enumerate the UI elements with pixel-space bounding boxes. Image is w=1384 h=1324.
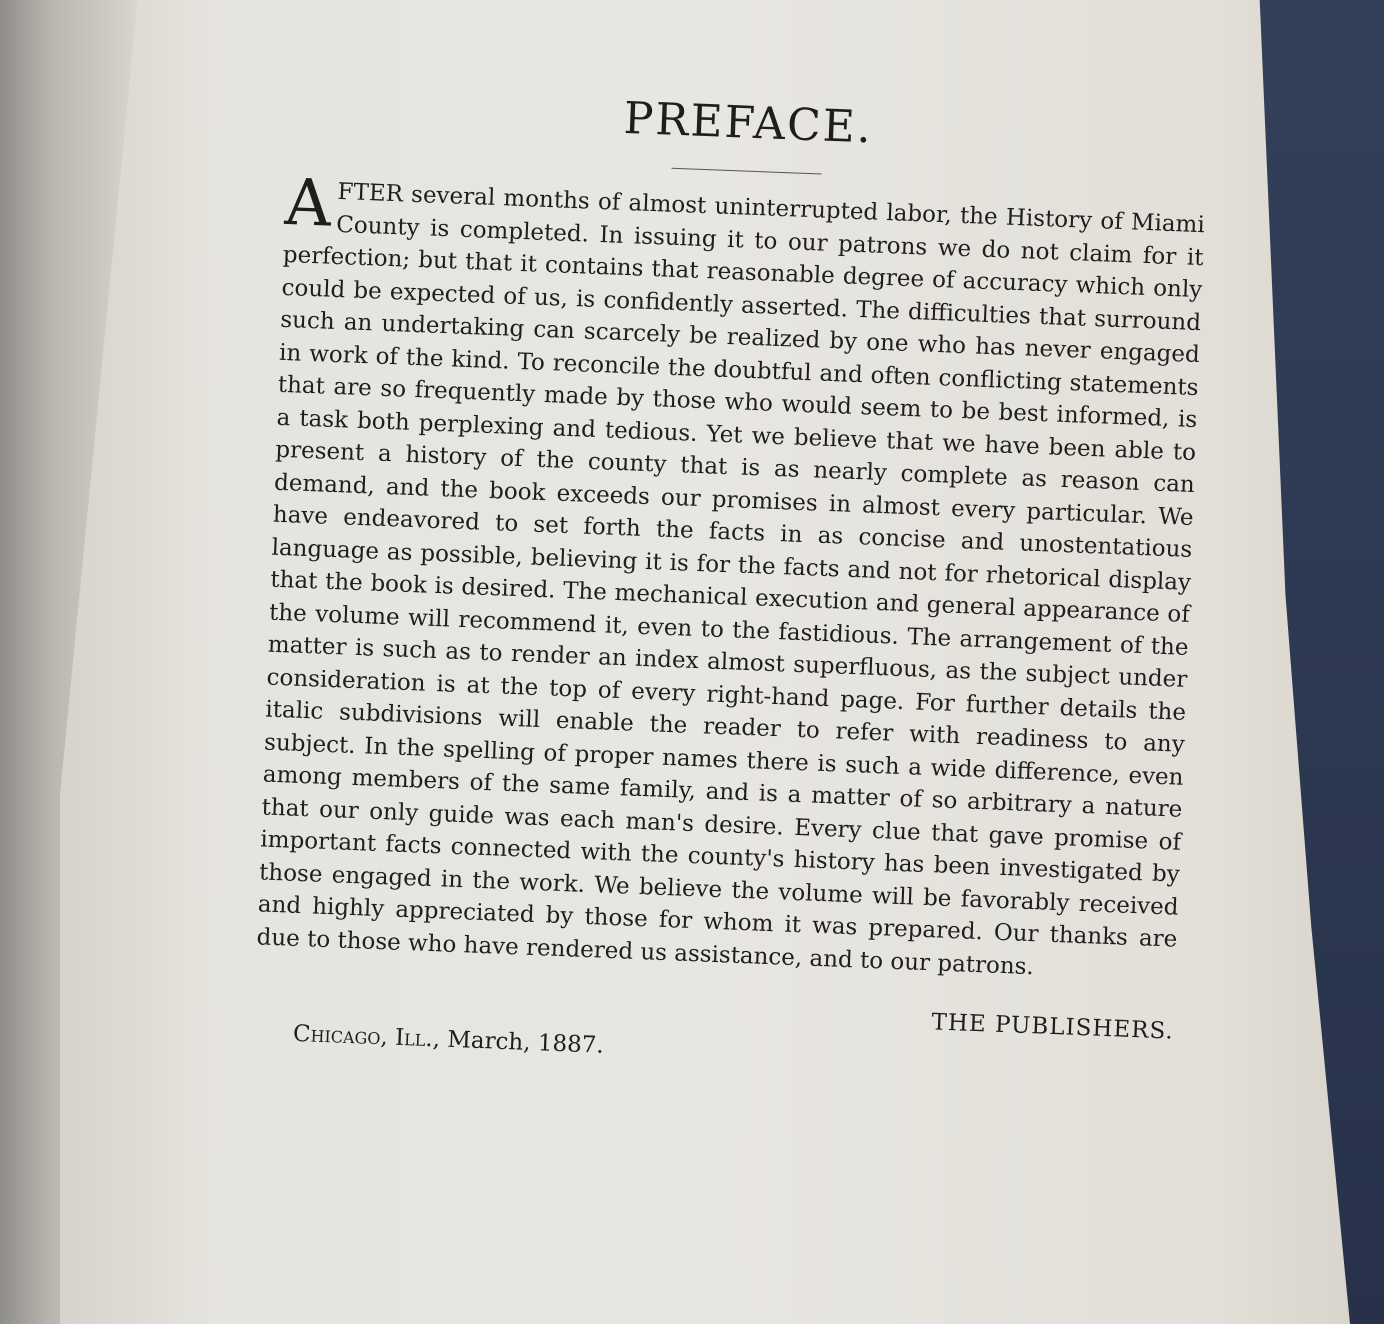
title-rule (671, 168, 821, 175)
preface-content: PREFACE. AFTER several months of almost … (253, 70, 1210, 1081)
body-start: FTER (337, 179, 403, 207)
preface-paragraph: AFTER several months of almost uninterru… (256, 174, 1205, 989)
body-text: several months of almost uninterrupted l… (256, 181, 1205, 979)
drop-cap: A (284, 176, 332, 232)
